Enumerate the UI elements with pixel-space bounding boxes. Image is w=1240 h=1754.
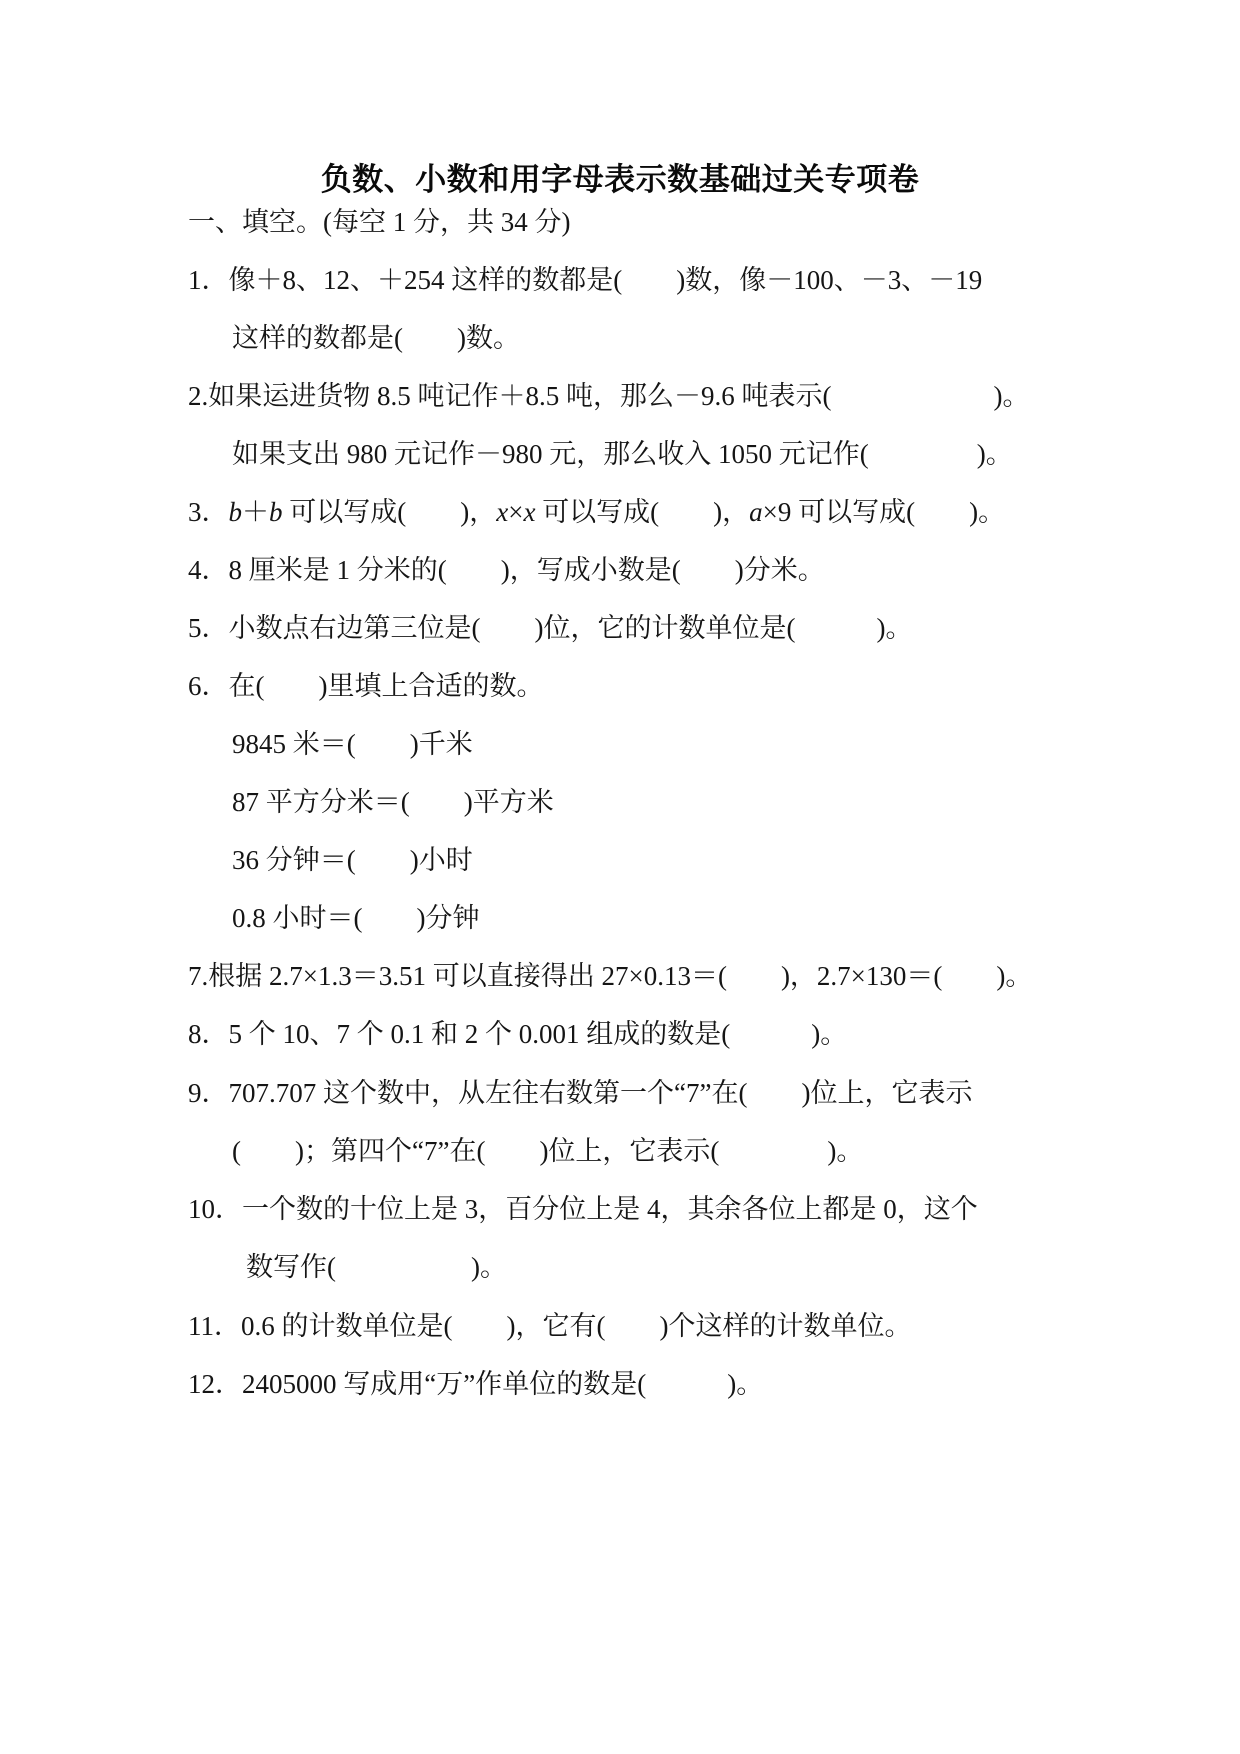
question-text: 5 个 10、7 个 0.1 和 2 个 0.001 组成的数是( )。 (229, 1019, 848, 1049)
question-text: 可以写成( )， (283, 497, 497, 527)
question-number: 3． (188, 492, 229, 532)
question-3-line-1: 3．b＋b 可以写成( )，x×x 可以写成( )，a×9 可以写成( )。 (188, 492, 1005, 532)
question-text: 8 厘米是 1 分米的( )，写成小数是( )分米。 (229, 555, 825, 585)
question-text: 根据 2.7×1.3＝3.51 可以直接得出 27×0.13＝( )，2.7×1… (208, 961, 1032, 991)
question-number: 1． (188, 260, 229, 300)
question-number: 7. (188, 956, 208, 996)
question-1-line-1: 1．像＋8、12、＋254 这样的数都是( )数，像－100、－3、－19 (188, 260, 982, 300)
variable-x: x (496, 497, 508, 527)
variable-x: x (523, 497, 535, 527)
question-6-item-1: 9845 米＝( )千米 (232, 724, 473, 764)
question-text: 像＋8、12、＋254 这样的数都是( )数，像－100、－3、－19 (229, 265, 983, 295)
plus-sign: ＋ (242, 497, 269, 527)
question-10-line-2: 数写作( )。 (246, 1247, 507, 1287)
question-4-line-1: 4．8 厘米是 1 分米的( )，写成小数是( )分米。 (188, 550, 825, 590)
question-6-line-1: 6．在( )里填上合适的数。 (188, 666, 543, 706)
question-6-item-3: 36 分钟＝( )小时 (232, 840, 473, 880)
question-11-line-1: 11．0.6 的计数单位是( )，它有( )个这样的计数单位。 (188, 1306, 911, 1346)
question-7-line-1: 7.根据 2.7×1.3＝3.51 可以直接得出 27×0.13＝( )，2.7… (188, 956, 1032, 996)
question-text: 2405000 写成用“万”作单位的数是( )。 (242, 1369, 763, 1399)
question-8-line-1: 8．5 个 10、7 个 0.1 和 2 个 0.001 组成的数是( )。 (188, 1014, 847, 1054)
question-text: 一个数的十位上是 3，百分位上是 4，其余各位上都是 0，这个 (242, 1194, 978, 1224)
question-number: 10． (188, 1189, 242, 1229)
question-number: 5． (188, 608, 229, 648)
question-number: 4． (188, 550, 229, 590)
question-number: 8． (188, 1014, 229, 1054)
question-number: 6． (188, 666, 229, 706)
question-number: 9． (188, 1073, 229, 1113)
question-5-line-1: 5．小数点右边第三位是( )位，它的计数单位是( )。 (188, 608, 912, 648)
question-2-line-2: 如果支出 980 元记作－980 元，那么收入 1050 元记作( )。 (232, 434, 1013, 474)
question-9-line-1: 9．707.707 这个数中，从左往右数第一个“7”在( )位上，它表示 (188, 1073, 972, 1113)
variable-b: b (229, 497, 243, 527)
question-text: 在( )里填上合适的数。 (229, 671, 544, 701)
question-text: 可以写成( )， (535, 497, 749, 527)
question-text: 707.707 这个数中，从左往右数第一个“7”在( )位上，它表示 (229, 1078, 973, 1108)
page-title: 负数、小数和用字母表示数基础过关专项卷 (0, 158, 1240, 202)
question-number: 12． (188, 1364, 242, 1404)
question-9-line-2: ( )；第四个“7”在( )位上，它表示( )。 (232, 1131, 863, 1171)
question-text: 0.6 的计数单位是( )，它有( )个这样的计数单位。 (241, 1311, 911, 1341)
variable-b: b (269, 497, 283, 527)
question-1-line-2: 这样的数都是( )数。 (232, 318, 520, 358)
times-sign: × (508, 497, 523, 527)
question-2-line-1: 2.如果运进货物 8.5 吨记作＋8.5 吨，那么－9.6 吨表示( )。 (188, 376, 1029, 416)
question-text: 小数点右边第三位是( )位，它的计数单位是( )。 (229, 613, 913, 643)
question-12-line-1: 12．2405000 写成用“万”作单位的数是( )。 (188, 1364, 763, 1404)
question-number: 2. (188, 376, 208, 416)
question-6-item-4: 0.8 小时＝( )分钟 (232, 898, 479, 938)
variable-a: a (749, 497, 763, 527)
section-heading: 一、填空。(每空 1 分，共 34 分) (188, 202, 570, 242)
question-number: 11． (188, 1306, 241, 1346)
question-text: ×9 可以写成( )。 (763, 497, 1005, 527)
question-10-line-1: 10．一个数的十位上是 3，百分位上是 4，其余各位上都是 0，这个 (188, 1189, 978, 1229)
question-6-item-2: 87 平方分米＝( )平方米 (232, 782, 554, 822)
question-text: 如果运进货物 8.5 吨记作＋8.5 吨，那么－9.6 吨表示( )。 (208, 381, 1029, 411)
